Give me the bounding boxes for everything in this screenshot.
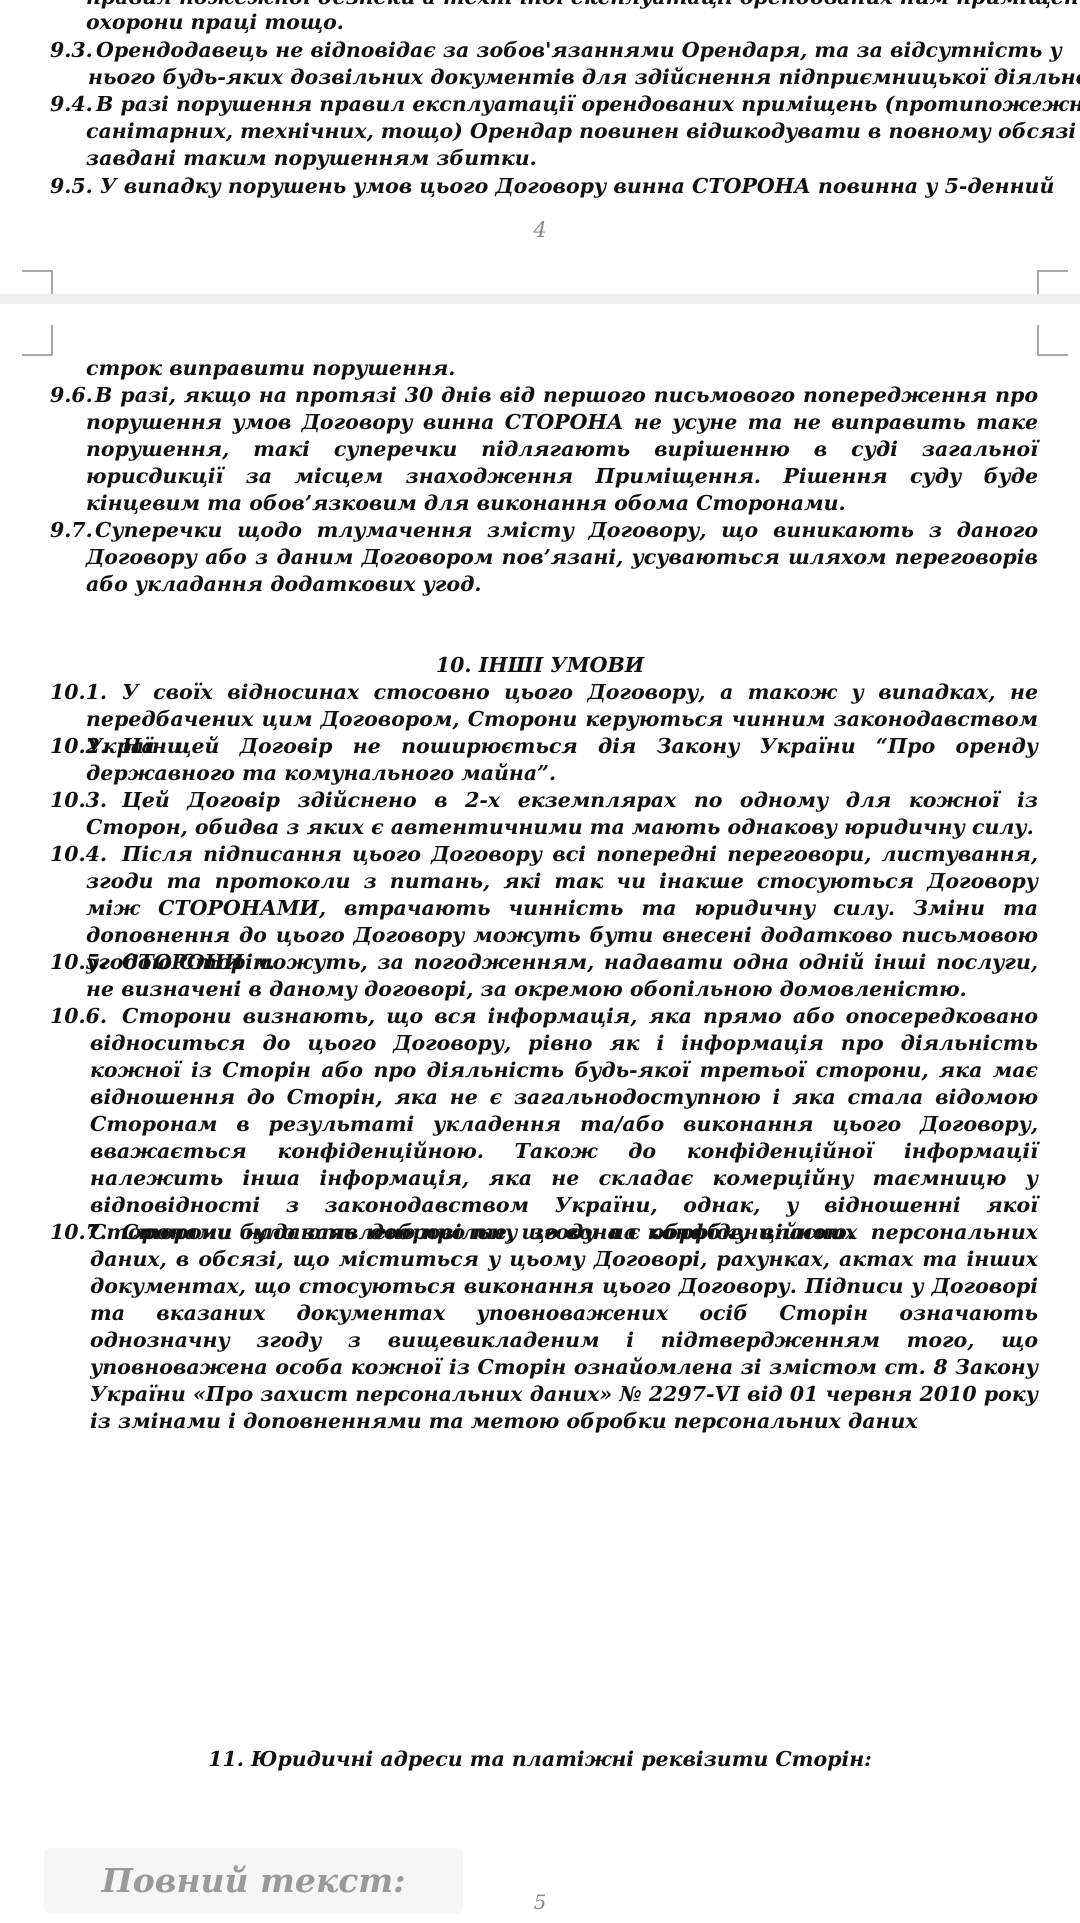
clause-number: 9.5. (50, 173, 93, 200)
clause-text: В разі, якщо на протязі 30 днів від перш… (86, 382, 1038, 517)
clause-text-line: завдані таким порушенням збитки. (86, 145, 537, 172)
clause-continuation: строк виправити порушення. (86, 355, 455, 382)
margin-corner-mark (1037, 325, 1068, 356)
page-separator (0, 294, 1080, 304)
section-11-title: 11. Юридичні адреси та платіжні реквізит… (0, 1746, 1080, 1773)
clause-text: На цей Договір не поширюється дія Закону… (86, 733, 1038, 787)
clause-text: Суперечки щодо тлумачення змісту Договор… (86, 517, 1038, 598)
clause-text-line: Орендодавець не відповідає за зобов'язан… (96, 37, 1062, 64)
margin-corner-mark (1037, 270, 1068, 296)
clause-number: 9.3. (50, 37, 93, 64)
clause-text-line: У випадку порушень умов цього Договору в… (100, 173, 1038, 200)
clause-text: Сторони визнають, що вся інформація, яка… (90, 1003, 1038, 1246)
clause-number: 9.4. (50, 91, 93, 118)
margin-corner-mark (22, 325, 53, 356)
page-5: строк виправити порушення. 9.6. В разі, … (0, 304, 1080, 1923)
clause-text-line: санітарних, технічних, тощо) Орендар пов… (86, 118, 1038, 145)
page-number: 4 (0, 218, 1080, 242)
clause-text: Цей Договір здійснено в 2-х екземплярах … (86, 787, 1038, 841)
clause-text-line: нього будь-яких дозвільних документів дл… (88, 64, 1080, 91)
clause-text-line: В разі порушення правил експлуатації оре… (96, 91, 1080, 118)
clause-text: Сторони надають добровільну згоду на обр… (90, 1219, 1038, 1435)
margin-corner-mark (22, 270, 53, 296)
clause-text: СТОРОНИ можуть, за погодженням, надавати… (86, 949, 1038, 1003)
full-text-badge[interactable]: Повний текст: 14724 (44, 1848, 463, 1913)
page-4: правил пожежної безпеки а технічної експ… (0, 0, 1080, 294)
clause-text-line: охорони праці тощо. (86, 9, 1080, 36)
section-10-title: 10. ІНШІ УМОВИ (0, 652, 1080, 679)
